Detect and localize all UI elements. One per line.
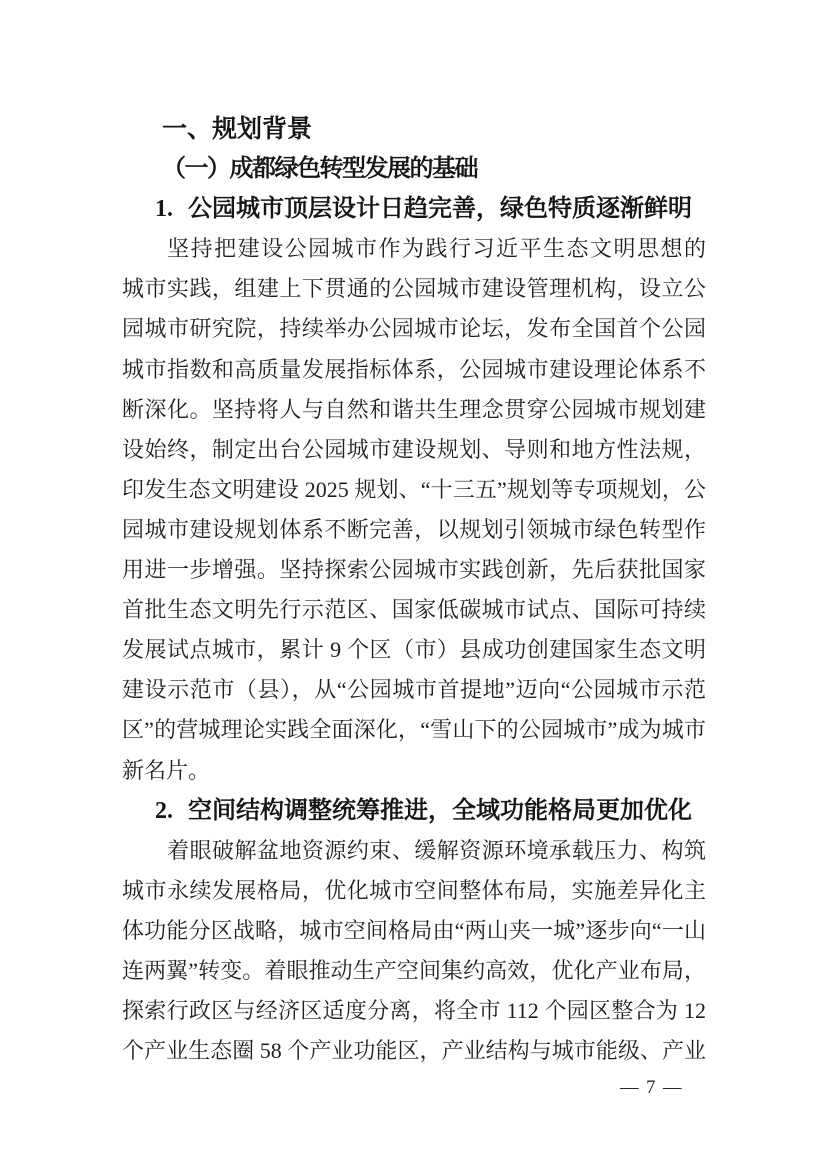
paragraph-line: 发展试点城市，累计 9 个区（市）县成功创建国家生态文明 bbox=[122, 630, 706, 670]
paragraph-line: 城市指数和高质量发展指标体系，公园城市建设理论体系不 bbox=[122, 350, 706, 390]
subsection-heading: 1. 公园城市顶层设计日趋完善，绿色特质逐渐鲜明 bbox=[122, 189, 706, 229]
paragraph-line: 建设示范市（县），从“公园城市首提地”迈向“公园城市示范 bbox=[122, 670, 706, 710]
paragraph-line: 用进一步增强。坚持探索公园城市实践创新，先后获批国家 bbox=[122, 550, 706, 590]
section-heading: （一）成都绿色转型发展的基础 bbox=[122, 149, 706, 189]
paragraph-line: 城市永续发展格局，优化城市空间整体布局，实施差异化主 bbox=[122, 871, 706, 911]
paragraph-line: 个产业生态圈 58 个产业功能区，产业结构与城市能级、产业 bbox=[122, 1031, 706, 1071]
paragraph-line: 园城市研究院，持续举办公园城市论坛，发布全国首个公园 bbox=[122, 309, 706, 349]
paragraph-line: 城市实践，组建上下贯通的公园城市建设管理机构，设立公 bbox=[122, 269, 706, 309]
paragraph-line: 设始终，制定出台公园城市建设规划、导则和地方性法规， bbox=[122, 430, 706, 470]
paragraph-line: 印发生态文明建设 2025 规划、“十三五”规划等专项规划，公 bbox=[122, 470, 706, 510]
subsections: 1. 公园城市顶层设计日趋完善，绿色特质逐渐鲜明坚持把建设公园城市作为践行习近平… bbox=[122, 189, 706, 1071]
paragraph-line: 区”的营城理论实践全面深化，“雪山下的公园城市”成为城市 bbox=[122, 710, 706, 750]
paragraph-line: 首批生态文明先行示范区、国家低碳城市试点、国际可持续 bbox=[122, 590, 706, 630]
paragraph-line: 体功能分区战略，城市空间格局由“两山夹一城”逐步向“一山 bbox=[122, 911, 706, 951]
subsection-heading: 2. 空间结构调整统筹推进，全域功能格局更加优化 bbox=[122, 791, 706, 831]
document-content: 一、规划背景 （一）成都绿色转型发展的基础 1. 公园城市顶层设计日趋完善，绿色… bbox=[122, 109, 706, 1071]
page-number: — 7 — bbox=[620, 1078, 683, 1099]
paragraph-line: 着眼破解盆地资源约束、缓解资源环境承载压力、构筑 bbox=[122, 831, 706, 871]
paragraph-line: 坚持把建设公园城市作为践行习近平生态文明思想的 bbox=[122, 229, 706, 269]
paragraph-line: 园城市建设规划体系不断完善，以规划引领城市绿色转型作 bbox=[122, 510, 706, 550]
paragraph-line: 新名片。 bbox=[122, 751, 706, 791]
paragraph-line: 断深化。坚持将人与自然和谐共生理念贯穿公园城市规划建 bbox=[122, 390, 706, 430]
document-page: 一、规划背景 （一）成都绿色转型发展的基础 1. 公园城市顶层设计日趋完善，绿色… bbox=[0, 0, 827, 1170]
chapter-heading: 一、规划背景 bbox=[122, 109, 706, 149]
paragraph-line: 探索行政区与经济区适度分离，将全市 112 个园区整合为 12 bbox=[122, 991, 706, 1031]
paragraph-line: 连两翼”转变。着眼推动生产空间集约高效，优化产业布局， bbox=[122, 951, 706, 991]
